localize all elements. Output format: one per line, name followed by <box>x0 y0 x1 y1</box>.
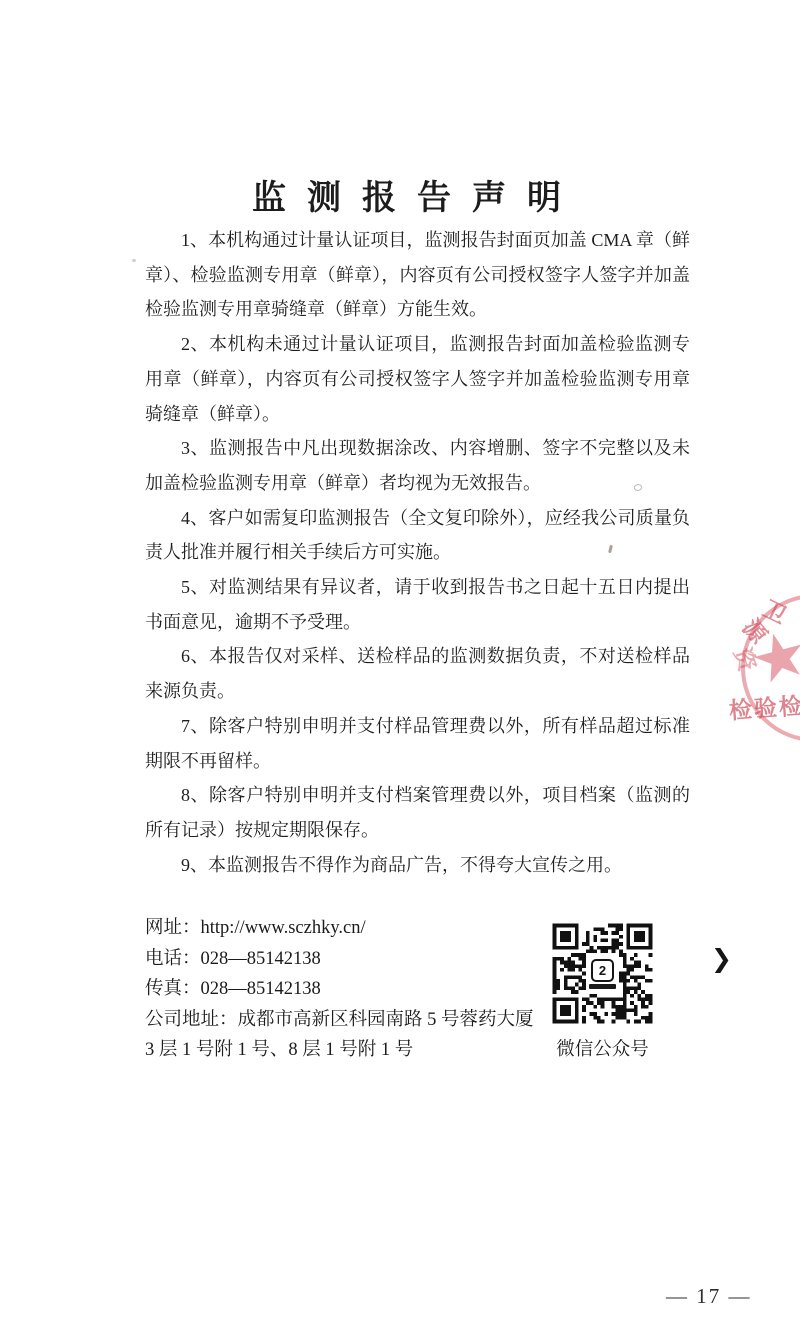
red-seal-bottom-text: 检验检 <box>728 694 800 722</box>
statement-paragraph-9: 9、本监测报告不得作为商品广告，不得夸大宣传之用。 <box>145 848 690 883</box>
address-line-2: 3 层 1 号附 1 号、8 层 1 号附 1 号 <box>145 1035 575 1066</box>
qr-logo-caption-bar <box>589 984 616 989</box>
scan-speck <box>132 259 136 262</box>
statement-paragraph-3: 3、监测报告中凡出现数据涂改、内容增删、签字不完整以及未加盖检验监测专用章（鲜章… <box>145 431 690 500</box>
statement-paragraph-7: 7、除客户特别申明并支付样品管理费以外，所有样品超过标准期限不再留样。 <box>145 709 690 778</box>
phone-line: 电话：028—85142138 <box>145 944 575 975</box>
statement-paragraph-6: 6、本报告仅对采样、送检样品的监测数据负责，不对送检样品来源负责。 <box>145 639 690 708</box>
qr-logo-mark: 2 <box>591 959 614 982</box>
scanned-report-page: 监测报告声明 1、本机构通过计量认证项目，监测报告封面页加盖 CMA 章（鲜章）… <box>0 0 800 1321</box>
fax-line: 传真：028—85142138 <box>145 974 575 1005</box>
chevron-right-mark-icon: ❯ <box>711 944 732 973</box>
website-line: 网址：http://www.sczhky.cn/ <box>145 913 575 944</box>
statement-paragraph-1: 1、本机构通过计量认证项目，监测报告封面页加盖 CMA 章（鲜章）、检验监测专用… <box>145 223 690 327</box>
page-title: 监测报告声明 <box>252 170 582 219</box>
wechat-qr-code: 2 <box>549 920 656 1027</box>
address-line-1: 公司地址：成都市高新区科园南路 5 号蓉药大厦 <box>145 1005 575 1036</box>
contact-block: 网址：http://www.sczhky.cn/ 电话：028—85142138… <box>145 913 575 1066</box>
statement-paragraph-5: 5、对监测结果有异议者，请于收到报告书之日起十五日内提出书面意见，逾期不予受理。 <box>145 570 690 639</box>
statement-paragraph-4: 4、客户如需复印监测报告（全文复印除外），应经我公司质量负责人批准并履行相关手续… <box>145 501 690 570</box>
statement-paragraph-2: 2、本机构未通过计量认证项目，监测报告封面加盖检验监测专用章（鲜章），内容页有公… <box>145 327 690 431</box>
qr-center-logo: 2 <box>586 953 619 994</box>
wechat-qr-label: 微信公众号 <box>549 1035 656 1061</box>
page-number: — 17 — <box>666 1284 752 1309</box>
statement-paragraph-8: 8、除客户特别申明并支付档案管理费以外，项目档案（监测的所有记录）按规定期限保存… <box>145 778 690 847</box>
